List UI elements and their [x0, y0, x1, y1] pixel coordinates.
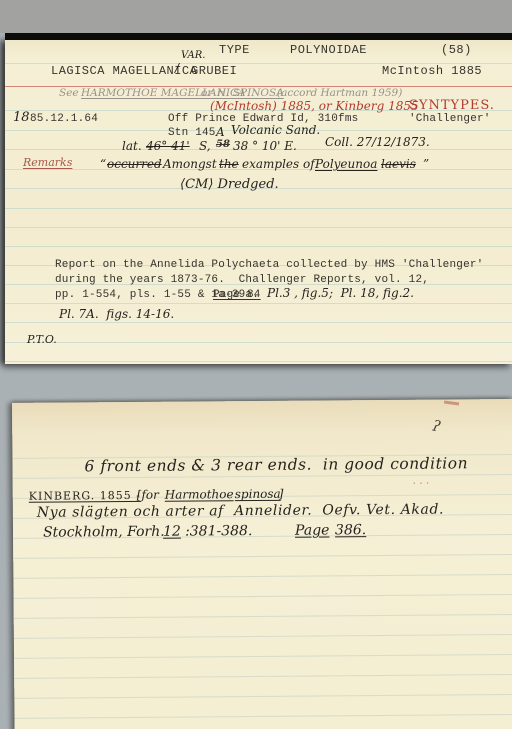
figure-references-2: Pl. 7A. figs. 14-16.: [59, 307, 174, 321]
reference-line-1: Report on the Annelida Polychaeta collec…: [55, 259, 483, 271]
condition-note: 6 front ends & 3 rear ends. in good cond…: [84, 454, 468, 475]
hemisphere: S,: [199, 139, 211, 153]
var-annotation: VAR.: [181, 50, 205, 61]
page-label: Page: [295, 522, 330, 538]
substrate-note: Volcanic Sand.: [231, 123, 320, 137]
kinberg-author: KINBERG. 1855 -: [29, 489, 141, 503]
remarks-word-1: Amongst: [163, 157, 217, 171]
scratched-number: 58: [216, 139, 230, 150]
pencil-or: or: [201, 87, 212, 99]
quote-close: ”: [423, 157, 429, 171]
top-index-card: TYPE POLYNOIDAE (58) LAGISCA MAGELLANICA…: [5, 40, 512, 364]
kinberg-reference-title: Nya slägten och arter af Annelider. Oefv…: [37, 502, 444, 521]
collection-date: Coll. 27/12/1873.: [325, 135, 430, 149]
family-label: POLYNOIDAE: [290, 43, 367, 57]
station-number: Stn 145: [168, 127, 216, 139]
kinberg-species-epithet: spinosa: [235, 487, 281, 501]
ship-name: 'Challenger': [409, 113, 491, 125]
bracket-open: [for: [137, 488, 159, 502]
scanner-background-strip: [0, 0, 512, 33]
bracket-close: ]: [279, 487, 284, 501]
page-reference: Page 84: [213, 289, 261, 301]
quote-open: “: [100, 157, 106, 171]
remarks-struck-word-2: the: [219, 157, 239, 171]
reference-line-2: during the years 1873-76. Challenger Rep…: [55, 274, 429, 286]
registration-number: 85.12.1.64: [30, 113, 98, 125]
lat-label: lat.: [122, 139, 142, 153]
longitude: 38 ° 10' E.: [233, 139, 297, 153]
pencil-see: See: [59, 87, 79, 99]
pto-note: P.T.O.: [27, 333, 57, 346]
kinberg-species-genus: Harmothoe: [165, 487, 234, 502]
page-number: 386.: [335, 522, 366, 538]
remarks-word-2: examples of: [242, 157, 315, 171]
insertion-caret: /: [175, 61, 179, 75]
syntypes-label: SYNTYPES.: [409, 98, 495, 113]
station-suffix-hand: A: [216, 125, 225, 139]
pencil-squiggle: ʔ: [430, 417, 445, 437]
scanned-catalog-cards: TYPE POLYNOIDAE (58) LAGISCA MAGELLANICA…: [0, 0, 512, 729]
dredged-note: ⟨CM⟩ Dredged.: [180, 177, 279, 192]
type-label: TYPE: [219, 43, 250, 57]
remarks-struck-word-1: occurred: [107, 157, 162, 171]
bottom-index-card: ʔ · · · 6 front ends & 3 rear ends. in g…: [12, 399, 512, 729]
reg-number-hand-prefix: 18: [13, 110, 30, 125]
author-citation: McIntosh 1885: [382, 64, 482, 78]
pencil-synonym-2: H. SPINOSA: [217, 87, 284, 99]
struck-coordinates: 46° 41': [146, 139, 190, 153]
red-stain-mark: [444, 401, 459, 406]
subspecies-name: GRUBEI: [191, 64, 237, 78]
journal-name: Stockholm, Forh.: [43, 524, 165, 541]
pencil-dots: · · ·: [413, 478, 430, 490]
ruled-lines: [12, 399, 512, 403]
pencil-accord-note: (accord Hartman 1959): [277, 87, 402, 99]
card-number: (58): [441, 43, 472, 57]
red-citation-note: (McIntosh) 1885, or Kinberg 1855: [210, 99, 419, 113]
journal-volume: 12: [163, 524, 181, 540]
journal-pages: :381-388.: [185, 523, 252, 540]
remarks-struck-word-3: laevis: [381, 157, 416, 171]
remarks-species-name: Polyeunoa: [315, 157, 377, 171]
figure-references: Pl.3 , fig.5; Pl. 18, fig.2.: [267, 286, 414, 300]
remarks-label: Remarks: [23, 156, 72, 169]
